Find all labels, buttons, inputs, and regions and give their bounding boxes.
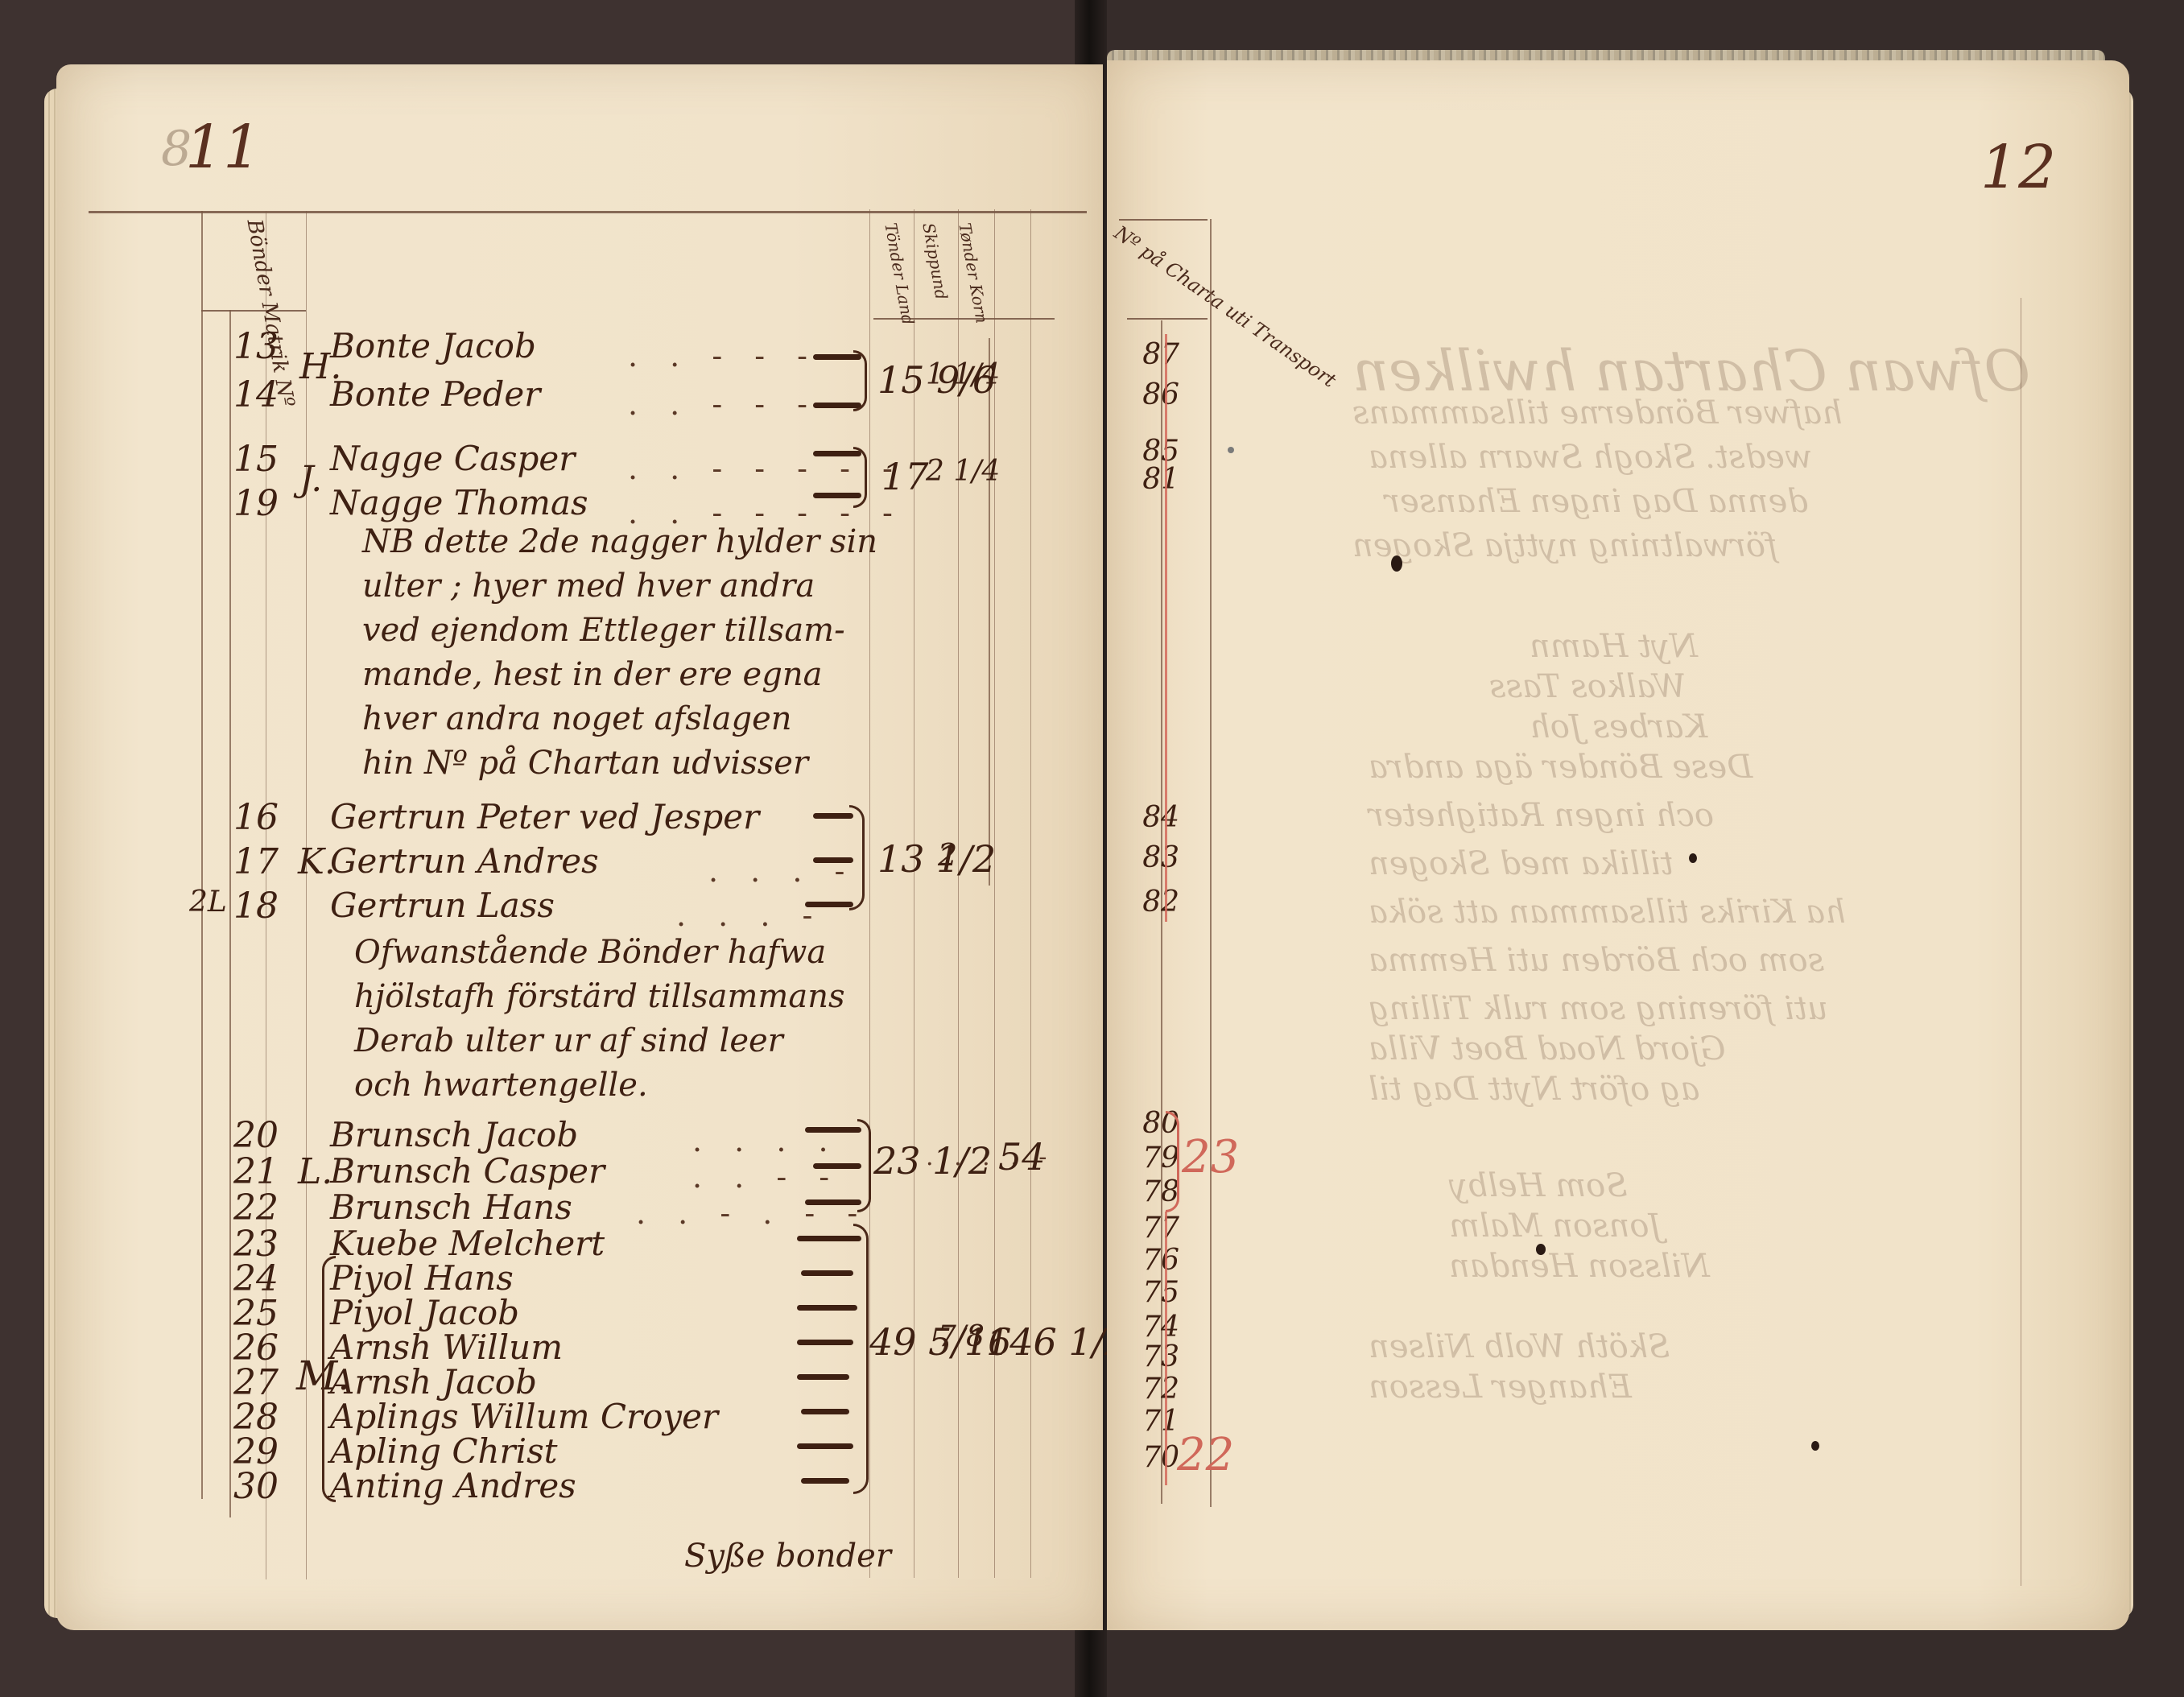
row-name: Bonte Jacob <box>330 326 536 365</box>
right-margin-rule <box>2021 298 2021 1586</box>
right-header-bottom-rule <box>1127 318 1208 320</box>
bleed-through-text: hafwer Bönderne tillsammans <box>1352 394 1843 431</box>
left-folio-number: 11 <box>185 113 261 182</box>
col-rule-total <box>989 338 990 886</box>
entry-dash <box>805 902 853 907</box>
name-brace <box>322 1256 336 1502</box>
row-number: 20 <box>233 1115 290 1156</box>
charta-number: 73 <box>1131 1340 1179 1373</box>
row-number: 13 <box>233 326 290 367</box>
col-rule-7 <box>958 209 959 1578</box>
row-number: 14 <box>233 374 290 415</box>
row-name: Anting Andres <box>330 1466 576 1505</box>
entry-dash <box>801 1270 853 1276</box>
bleed-through-text: tillika med Skogen <box>1369 845 1674 882</box>
bleed-through-text: Nyt Hamn <box>1530 628 1698 665</box>
entry-dash <box>801 1409 849 1414</box>
entry-dash <box>801 1478 849 1484</box>
col-rule-9 <box>1030 209 1031 1578</box>
red-brace-line-top <box>1165 334 1167 922</box>
row-name: Nagge Casper <box>330 439 575 478</box>
group-amount-2: 7/8 <box>938 1320 985 1353</box>
nb-note-line: ved ejendom Ettleger tillsam- <box>362 612 845 649</box>
group-amount-2: 2 <box>938 837 957 873</box>
row-name: Kuebe Melchert <box>330 1224 605 1263</box>
charta-number: 87 <box>1131 338 1179 371</box>
charta-number: 72 <box>1131 1373 1179 1406</box>
charta-number: 77 <box>1131 1212 1179 1245</box>
bleed-through-text: Walkos Tass <box>1489 668 1686 705</box>
header-rule <box>89 211 1087 213</box>
group-marker: J. <box>299 459 322 500</box>
entry-dash <box>797 1305 857 1311</box>
charta-number: 81 <box>1131 463 1179 496</box>
row-name: Gertrun Lass <box>330 886 555 925</box>
charta-number: 82 <box>1131 886 1179 919</box>
bleed-through-text: Jonson Malm <box>1449 1208 1662 1245</box>
charta-number: 74 <box>1131 1311 1179 1344</box>
bleed-through-text: denna Dag ingen Ehanser <box>1385 483 1808 520</box>
k-note-line: och hwartengelle. <box>354 1067 648 1104</box>
group-brace <box>853 1224 869 1494</box>
right-header-rule <box>1119 219 1208 221</box>
nb-note-line: hver andra noget afslagen <box>362 700 792 737</box>
ink-spot <box>1689 853 1697 863</box>
col-rule-1 <box>201 211 203 1499</box>
nb-note-line: ulter ; hyer med hver andra <box>362 568 815 605</box>
row-number: 18 <box>233 886 290 927</box>
bleed-through-text: Gjord Noad Boet Villa <box>1369 1030 1725 1067</box>
red-total: 23 <box>1182 1131 1239 1183</box>
row-number: 21 <box>233 1151 290 1192</box>
entry-dash <box>797 1374 849 1380</box>
bleed-through-text: ag ofört Nytt Dag til <box>1369 1071 1699 1108</box>
row-name: Piyol Jacob <box>330 1293 519 1332</box>
row-number: 16 <box>233 797 290 838</box>
bleed-through-text: Karbes Joh <box>1530 708 1707 745</box>
entry-dash <box>797 1340 853 1345</box>
col-rule-2 <box>229 310 231 1517</box>
red-brace-line-bottom <box>1165 1212 1167 1485</box>
group-amount-3: 54 <box>998 1135 1046 1179</box>
signature: Syße bonder <box>684 1538 891 1575</box>
row-name: Brunsch Hans <box>330 1187 572 1227</box>
nb-note-line: hin Nº på Chartan udvisser <box>362 745 808 782</box>
group-brace <box>849 805 865 910</box>
group-marker: K. <box>298 841 336 882</box>
k-note-line: hjölstafh förstärd tillsammans <box>354 978 845 1015</box>
charta-number: 86 <box>1131 378 1179 411</box>
bleed-through-text: Dese Bönder äga andra <box>1369 749 1753 786</box>
bleed-through-text: wedst. Skogh Swarn allena <box>1369 439 1812 476</box>
row-name: Brunsch Jacob <box>330 1115 578 1154</box>
right-folio-number: 12 <box>1980 133 2056 202</box>
bleed-through-text: Som Helby <box>1449 1167 1628 1204</box>
side-marker: 2L <box>189 886 227 919</box>
ink-spot <box>1228 447 1234 453</box>
k-note-line: Derab ulter ur af sind leer <box>354 1022 783 1059</box>
bleed-through-text: ha Kiriks tillsamman att söka <box>1369 894 1846 931</box>
row-name: Arnsh Willum <box>330 1327 563 1367</box>
row-number: 15 <box>233 439 290 480</box>
entry-dash <box>813 1163 861 1169</box>
group-amount: 17 <box>881 455 929 498</box>
header-bottom-rule-left <box>201 310 306 312</box>
row-name: Nagge Thomas <box>330 483 588 522</box>
col-rule-8 <box>994 209 995 1578</box>
group-brace <box>853 350 867 411</box>
red-total: 22 <box>1177 1429 1234 1481</box>
row-name: Piyol Hans <box>330 1258 514 1298</box>
group-brace <box>857 1119 871 1212</box>
row-number: 30 <box>233 1466 290 1507</box>
bleed-through-text: och ingen Ratigheter <box>1369 797 1714 834</box>
bleed-through-text: Sköth Wolb Nilsen <box>1369 1328 1670 1365</box>
ink-spot <box>1536 1244 1546 1255</box>
charta-number: 76 <box>1131 1244 1179 1277</box>
entry-dash <box>813 857 853 863</box>
nb-note-line: NB dette 2de nagger hylder sin <box>362 523 877 560</box>
charta-number: 71 <box>1131 1405 1179 1438</box>
row-name: Apling Christ <box>330 1431 558 1471</box>
charta-number: 84 <box>1131 801 1179 834</box>
bleed-through-text: uti förening som rulk Tilling <box>1369 990 1828 1027</box>
leader-dots: . . . - <box>676 898 824 933</box>
group-amount-2: 1 1/4 <box>926 358 1000 391</box>
row-number: 17 <box>233 841 290 882</box>
charta-number: 83 <box>1131 841 1179 874</box>
col-rule-6 <box>914 209 914 1578</box>
bleed-through-text: Nilsson Hendan <box>1449 1248 1710 1285</box>
left-folio-pencil: 8 <box>161 121 192 177</box>
bleed-through-text: Ehanger Lesson <box>1369 1369 1632 1406</box>
right-col-rule-2 <box>1210 219 1212 1507</box>
ink-spot <box>1391 555 1402 572</box>
col-rule-5 <box>869 209 870 1578</box>
entry-dash <box>805 1127 861 1133</box>
row-name: Brunsch Casper <box>330 1151 605 1191</box>
group-amount: 13 1/2 <box>877 837 996 881</box>
group-marker: L. <box>298 1151 332 1192</box>
bleed-through-text: förwaltning nyttja Skogen <box>1352 527 1777 564</box>
group-amount-2: 2 1/4 <box>926 455 1000 488</box>
k-note-line: Ofwanstående Bönder hafwa <box>354 934 826 971</box>
ink-spot <box>1811 1441 1819 1451</box>
nb-note-line: mande, hest in der ere egna <box>362 656 822 693</box>
row-name: Gertrun Andres <box>330 841 599 881</box>
row-number: 22 <box>233 1187 290 1228</box>
entry-dash <box>813 813 853 819</box>
row-name: Gertrun Peter ved Jesper <box>330 797 759 836</box>
charta-number: 70 <box>1131 1441 1179 1474</box>
group-marker: H. <box>299 346 341 387</box>
group-brace <box>853 447 867 508</box>
charta-number: 75 <box>1131 1276 1179 1309</box>
entry-dash <box>805 1199 861 1205</box>
row-name: Bonte Peder <box>330 374 540 414</box>
entry-dash <box>797 1236 861 1241</box>
bleed-through-text: som och Börden uti Hemma <box>1369 942 1824 979</box>
row-number: 19 <box>233 483 290 524</box>
red-brace-23 <box>1166 1111 1179 1212</box>
row-name: Aplings Willum Croyer <box>330 1397 718 1436</box>
row-name: Arnsh Jacob <box>330 1362 537 1402</box>
entry-dash <box>797 1443 853 1449</box>
